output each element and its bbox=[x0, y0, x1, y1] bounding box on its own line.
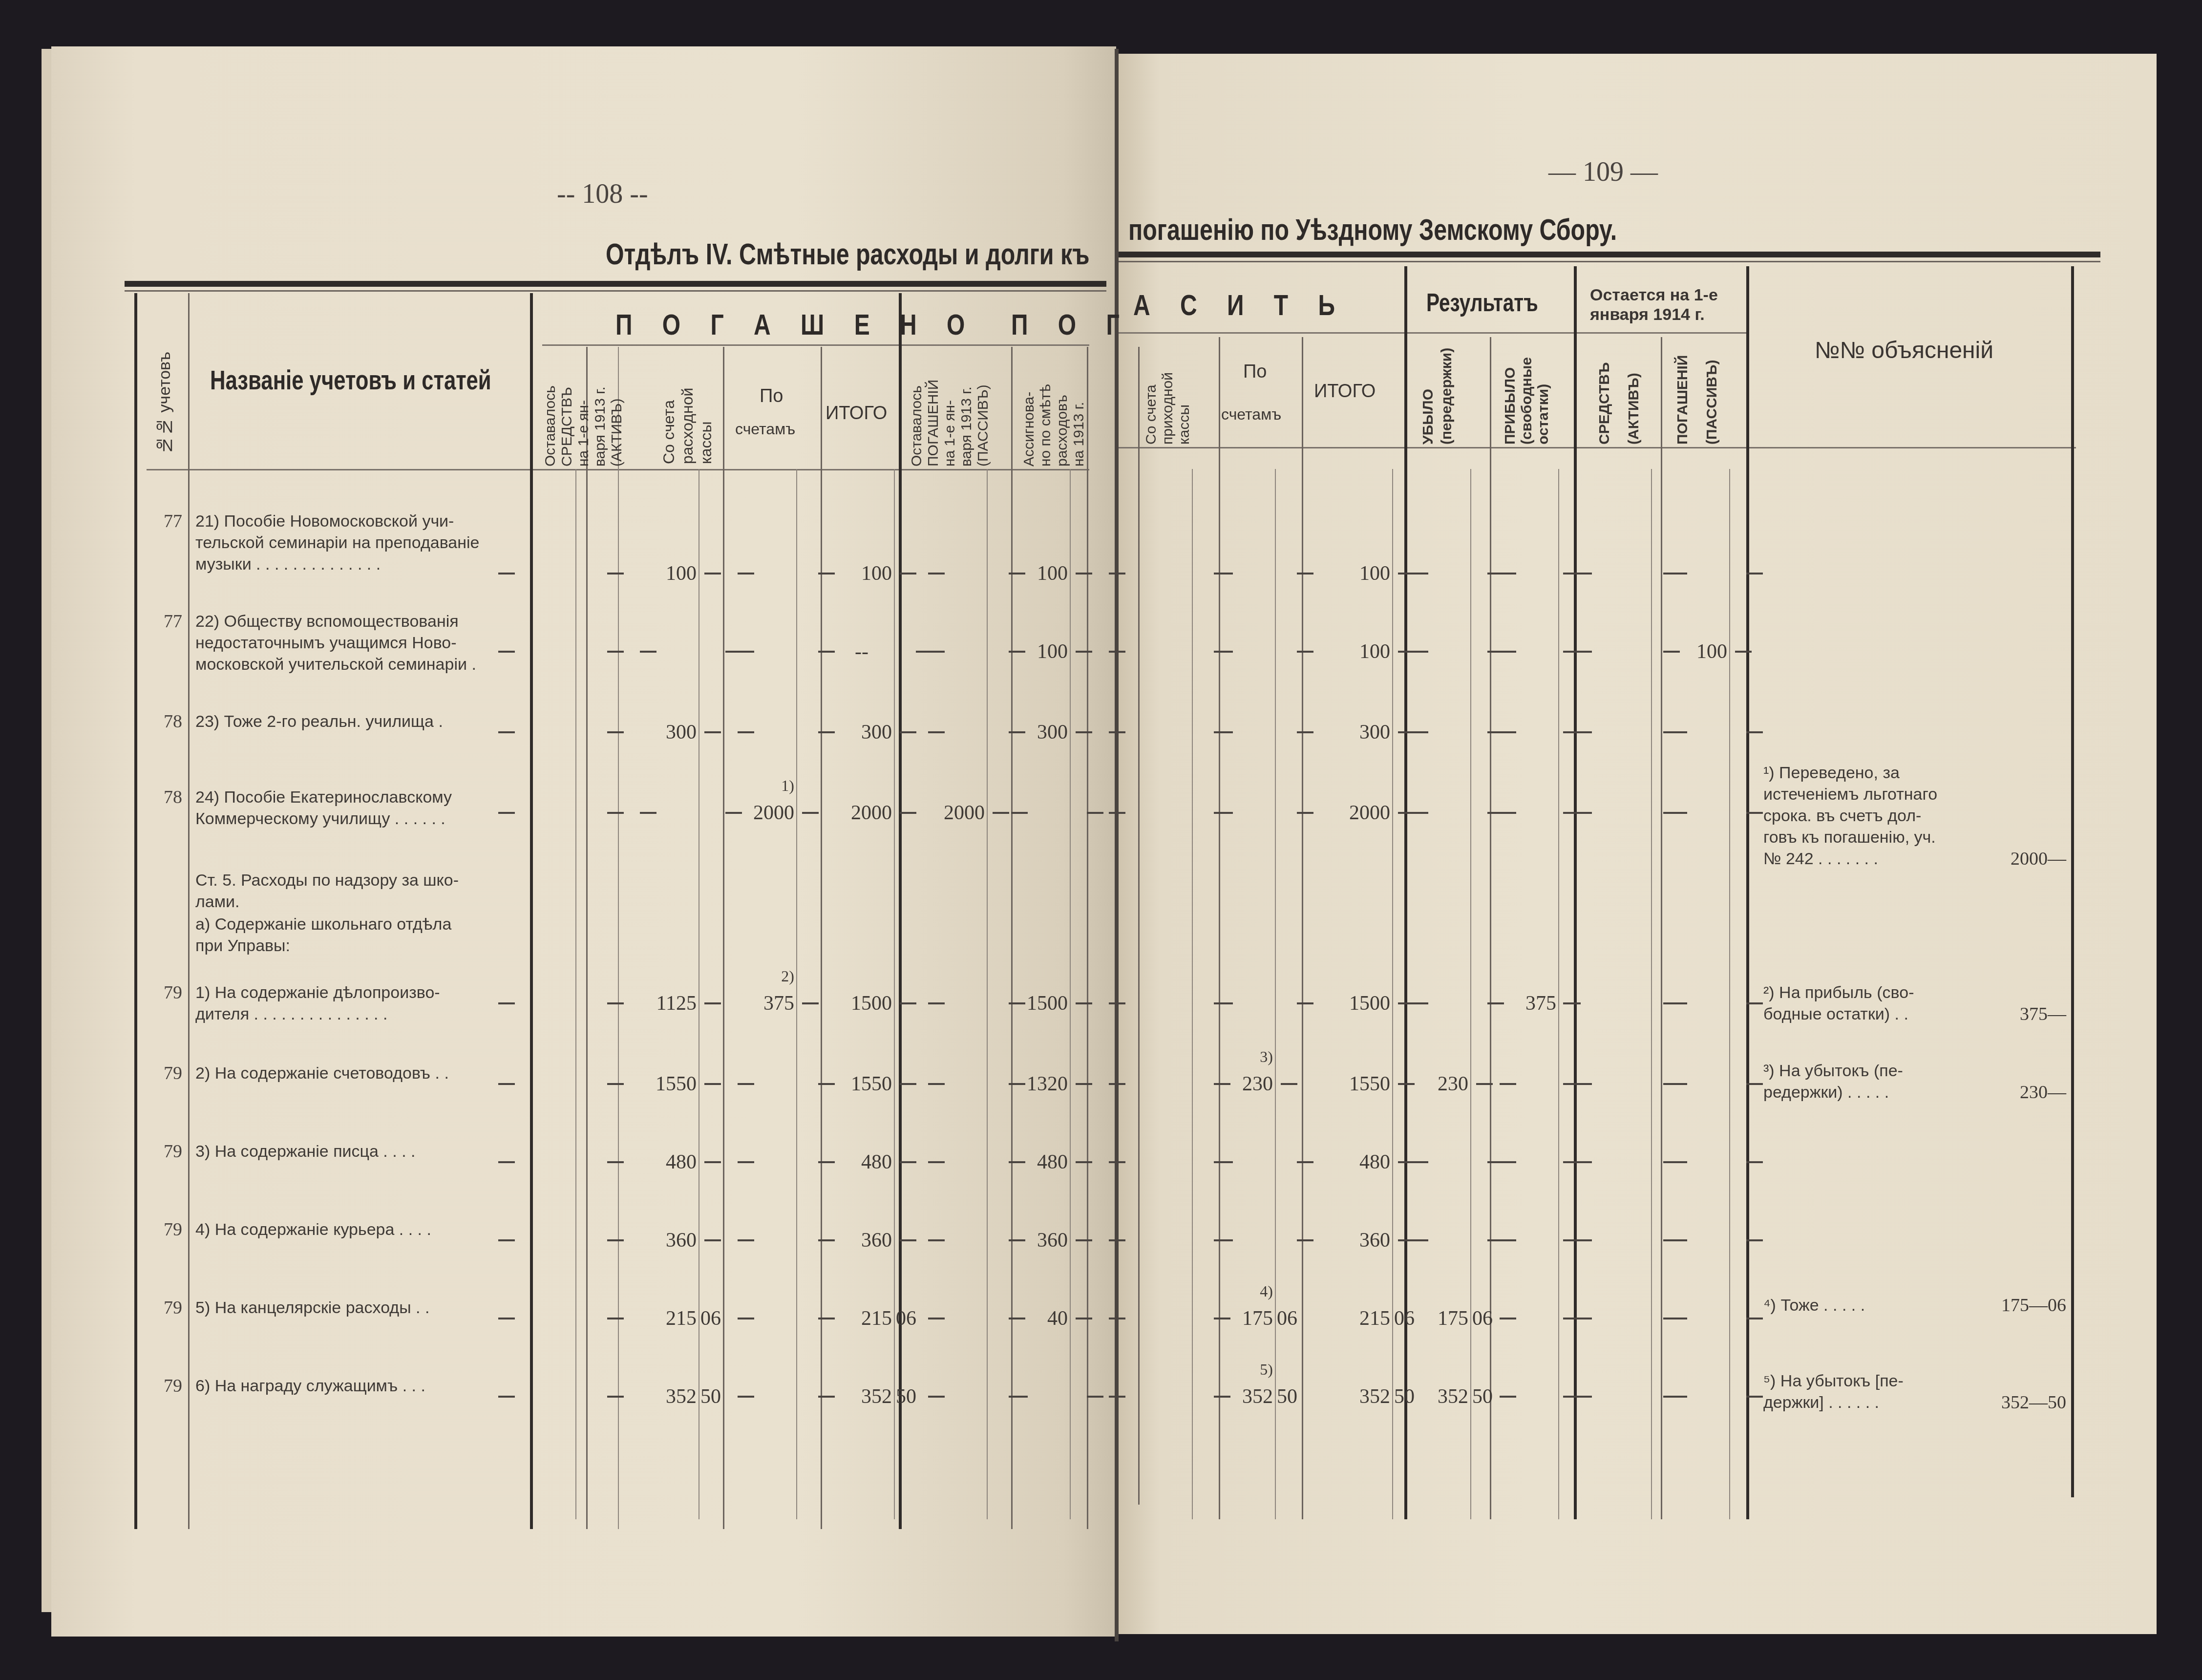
cell-value: 100 bbox=[666, 562, 697, 585]
explanation-text: ²) На прибыль (сво- бодные остатки) . . bbox=[1763, 982, 1914, 1025]
header-total: ИТОГО bbox=[826, 403, 887, 424]
dash-mark bbox=[1412, 1239, 1428, 1241]
dash-mark bbox=[1746, 812, 1763, 814]
cell-kopecks: 50 bbox=[1472, 1385, 1493, 1408]
dash-mark bbox=[1412, 1002, 1428, 1004]
dash-mark bbox=[928, 1161, 945, 1163]
dash-mark bbox=[818, 731, 835, 733]
cell-value: 352 bbox=[1242, 1385, 1273, 1408]
header-bottom-rule-right bbox=[1119, 447, 2076, 448]
cell-value: 1500 bbox=[1027, 992, 1068, 1015]
header-remaining-1914-line2: января 1914 г. bbox=[1590, 305, 1705, 324]
cell-value: 2000 bbox=[944, 801, 985, 825]
dash-mark bbox=[1500, 812, 1516, 814]
dash-mark bbox=[738, 1239, 754, 1241]
dash-mark bbox=[1216, 1002, 1233, 1004]
cell-value: 352 bbox=[861, 1385, 892, 1408]
explanation-amount: 375— bbox=[2020, 1003, 2066, 1025]
dash-mark bbox=[1216, 651, 1233, 653]
dash-mark bbox=[928, 1396, 945, 1398]
dash-mark bbox=[1009, 1083, 1025, 1085]
dash-mark bbox=[802, 812, 819, 814]
dash-mark bbox=[900, 1161, 916, 1163]
cell-kopecks: 50 bbox=[700, 1385, 721, 1408]
cell-value: 100 bbox=[1359, 640, 1390, 663]
dash-mark bbox=[704, 731, 721, 733]
vline bbox=[1070, 469, 1071, 1519]
row-name: 23) Тоже 2-го реальн. училища . bbox=[195, 711, 523, 732]
footnote-marker: 3) bbox=[1260, 1048, 1273, 1066]
dash-mark bbox=[818, 651, 835, 653]
vline bbox=[1651, 469, 1652, 1519]
cell-value: 300 bbox=[861, 721, 892, 744]
vline bbox=[1490, 337, 1491, 1519]
dash-mark bbox=[1398, 1083, 1415, 1085]
cell-value: 175 bbox=[1242, 1307, 1273, 1330]
dash-mark bbox=[1563, 1318, 1580, 1319]
header-decreased: УБЫЛО (передержки) bbox=[1419, 342, 1456, 445]
dash-mark bbox=[738, 573, 754, 574]
cell-value: 230 bbox=[1438, 1072, 1468, 1096]
dash-mark bbox=[818, 1239, 835, 1241]
dash-mark bbox=[928, 651, 945, 653]
header-group-to-pay-cont: А С И Т Ь bbox=[1133, 288, 1347, 322]
vline bbox=[1011, 347, 1013, 1529]
dash-mark bbox=[1671, 1318, 1687, 1319]
dash-mark bbox=[1412, 731, 1428, 733]
header-subrule-right bbox=[1119, 332, 1749, 334]
dash-mark bbox=[1746, 573, 1763, 574]
cell-kopecks: 06 bbox=[1472, 1307, 1493, 1330]
header-r-total: ИТОГО bbox=[1314, 381, 1376, 402]
row-name: 6) На награду служащимъ . . . bbox=[195, 1375, 523, 1397]
dash-mark bbox=[1671, 1239, 1687, 1241]
cell-value: 300 bbox=[666, 721, 697, 744]
dash-mark bbox=[1076, 1161, 1092, 1163]
dash-mark bbox=[607, 651, 624, 653]
dash-mark bbox=[725, 812, 742, 814]
dash-mark bbox=[1671, 1083, 1687, 1085]
header-group-result: Результатъ bbox=[1426, 288, 1538, 318]
dash-mark bbox=[928, 1239, 945, 1241]
dash-mark bbox=[1109, 731, 1125, 733]
dash-mark bbox=[1297, 731, 1313, 733]
cell-value: 215 bbox=[1359, 1307, 1390, 1330]
dash-mark bbox=[818, 1083, 835, 1085]
dash-mark bbox=[1746, 1002, 1763, 1004]
dash-mark bbox=[498, 812, 515, 814]
dash-mark bbox=[498, 731, 515, 733]
dash-mark bbox=[1214, 1083, 1230, 1085]
vline bbox=[1392, 469, 1393, 1519]
dash-mark bbox=[1009, 651, 1025, 653]
cell-value: 215 bbox=[666, 1307, 697, 1330]
header-income-cash: Со счета приходной кассы bbox=[1143, 352, 1193, 445]
dash-mark bbox=[818, 573, 835, 574]
dash-mark bbox=[607, 1396, 624, 1398]
dash-mark bbox=[1563, 651, 1580, 653]
cell-value: 2000 bbox=[851, 801, 892, 825]
dash-mark bbox=[1109, 1396, 1125, 1398]
dash-mark bbox=[640, 812, 656, 814]
dash-mark bbox=[928, 1002, 945, 1004]
vline bbox=[618, 347, 619, 1529]
vline bbox=[894, 469, 895, 1519]
vline bbox=[796, 469, 797, 1519]
dash-mark bbox=[738, 1083, 754, 1085]
dash-mark bbox=[1500, 1161, 1516, 1163]
account-number: 78 bbox=[164, 787, 182, 808]
dash-mark bbox=[1563, 1002, 1580, 1004]
dash-mark bbox=[818, 1318, 835, 1319]
vline bbox=[1661, 337, 1662, 1519]
vline bbox=[1558, 469, 1559, 1519]
cell-value: 360 bbox=[1037, 1229, 1068, 1252]
dash-mark bbox=[607, 1161, 624, 1163]
explanation-text: ⁵) На убытокъ [пе- держки] . . . . . . bbox=[1763, 1370, 1904, 1413]
row-name: 2) На содержаніе счетоводовъ . . bbox=[195, 1063, 523, 1084]
dash-mark bbox=[1087, 812, 1103, 814]
cell-value: 100 bbox=[1696, 640, 1727, 663]
dash-mark bbox=[1009, 1239, 1025, 1241]
dash-mark bbox=[1500, 1318, 1516, 1319]
footnote-marker: 2) bbox=[781, 967, 794, 985]
explanation-text: ³) На убытокъ (пе- редержки) . . . . . bbox=[1763, 1060, 1903, 1103]
right-page-title: погашенію по Уѣздному Земскому Сбору. bbox=[1128, 213, 1617, 247]
dash-mark bbox=[1500, 1396, 1516, 1398]
dash-mark bbox=[1109, 812, 1125, 814]
dash-mark bbox=[1297, 1002, 1313, 1004]
dash-mark bbox=[1109, 573, 1125, 574]
vline bbox=[1192, 469, 1193, 1519]
cell-value: 175 bbox=[1438, 1307, 1468, 1330]
dash-mark bbox=[1009, 731, 1025, 733]
cell-kopecks: 06 bbox=[700, 1307, 721, 1330]
cell-value: 2000 bbox=[753, 801, 794, 825]
cell-value: 300 bbox=[1359, 721, 1390, 744]
header-remaining-debts: Оставалось ПОГАШЕНІЙ на 1-е ян- варя 191… bbox=[909, 354, 992, 467]
vline bbox=[1746, 266, 1749, 1519]
cell-kopecks: 50 bbox=[896, 1385, 916, 1408]
dash-mark bbox=[1076, 1239, 1092, 1241]
dash-mark bbox=[1297, 1161, 1313, 1163]
dash-mark bbox=[928, 573, 945, 574]
cell-value: -- bbox=[855, 640, 868, 663]
dash-mark bbox=[1563, 1161, 1580, 1163]
dash-mark bbox=[1412, 651, 1428, 653]
account-number: 78 bbox=[164, 711, 182, 732]
dash-mark bbox=[738, 1318, 754, 1319]
cell-value: 1550 bbox=[1349, 1072, 1390, 1096]
header-explanations: №№ объясненій bbox=[1815, 337, 1993, 364]
dash-mark bbox=[607, 1002, 624, 1004]
vline bbox=[2071, 266, 2074, 1497]
header-by-accounts-top: По bbox=[760, 386, 783, 407]
explanation-amount: 230— bbox=[2020, 1082, 2066, 1103]
dash-mark bbox=[1671, 1396, 1687, 1398]
dash-mark bbox=[1216, 731, 1233, 733]
left-page-title: Отдѣлъ IV. Смѣтные расходы и долги къ bbox=[606, 237, 1089, 272]
dash-mark bbox=[1746, 1083, 1763, 1085]
account-number: 79 bbox=[164, 1297, 182, 1318]
dash-mark bbox=[1746, 1161, 1763, 1163]
account-number: 77 bbox=[164, 611, 182, 632]
header-group-to-pay: П О Г bbox=[1011, 308, 1131, 341]
dash-mark bbox=[1563, 1396, 1580, 1398]
dash-mark bbox=[900, 812, 916, 814]
vline bbox=[188, 293, 190, 1529]
header-liabilities-1914: ПОГАШЕНІЙ (ПАССИВЪ) bbox=[1668, 342, 1727, 445]
header-assigned: Ассигнова- но по смѣтѣ расходовъ на 1913… bbox=[1021, 354, 1087, 467]
dash-mark bbox=[1476, 1083, 1493, 1085]
vline bbox=[1404, 266, 1407, 1519]
row-name: 24) Пособіе Екатеринославскому Коммерчес… bbox=[195, 787, 523, 829]
right-page-number: — 109 — bbox=[1548, 156, 1658, 188]
dash-mark bbox=[498, 1002, 515, 1004]
dash-mark bbox=[900, 1083, 916, 1085]
footnote-marker: 4) bbox=[1260, 1282, 1273, 1300]
cell-value: 2000 bbox=[1349, 801, 1390, 825]
dash-mark bbox=[704, 1002, 721, 1004]
vline bbox=[1138, 347, 1140, 1505]
cell-value: 100 bbox=[1359, 562, 1390, 585]
dash-mark bbox=[818, 1396, 835, 1398]
header-remaining-assets: Оставалось СРЕДСТВЪ на 1-е ян- варя 1913… bbox=[542, 352, 625, 467]
vline bbox=[987, 469, 988, 1519]
dash-mark bbox=[1671, 731, 1687, 733]
dash-mark bbox=[1671, 812, 1687, 814]
dash-mark bbox=[498, 1318, 515, 1319]
header-r-by-accounts-top: По bbox=[1243, 362, 1267, 383]
explanation-amount: 2000— bbox=[2011, 848, 2066, 870]
dash-mark bbox=[1500, 731, 1516, 733]
cell-value: 360 bbox=[1359, 1229, 1390, 1252]
cell-kopecks: 06 bbox=[1394, 1307, 1415, 1330]
header-remaining-1914-line1: Остается на 1-е bbox=[1590, 286, 1718, 305]
dash-mark bbox=[1076, 1083, 1092, 1085]
dash-mark bbox=[1009, 1002, 1025, 1004]
vline bbox=[699, 469, 699, 1519]
cell-value: 1550 bbox=[851, 1072, 892, 1096]
cell-value: 1320 bbox=[1027, 1072, 1068, 1096]
cell-value: 480 bbox=[666, 1150, 697, 1174]
table-top-rule-left-thin bbox=[125, 290, 1106, 292]
dash-mark bbox=[1216, 1161, 1233, 1163]
account-number: 79 bbox=[164, 1375, 182, 1397]
dash-mark bbox=[704, 573, 721, 574]
book-spine bbox=[1115, 49, 1119, 1641]
explanation-amount: 175—06 bbox=[2001, 1295, 2066, 1316]
dash-mark bbox=[1214, 1396, 1230, 1398]
vline bbox=[586, 347, 588, 1529]
dash-mark bbox=[1563, 1083, 1580, 1085]
dash-mark bbox=[1109, 1318, 1125, 1319]
dash-mark bbox=[1009, 1161, 1025, 1163]
vline bbox=[723, 347, 724, 1529]
dash-mark bbox=[1663, 651, 1680, 653]
account-number: 79 bbox=[164, 1141, 182, 1162]
header-group-paid: П О Г А Ш Е Н О bbox=[615, 308, 976, 341]
dash-mark bbox=[928, 1318, 945, 1319]
dash-mark bbox=[1109, 1239, 1125, 1241]
dash-mark bbox=[738, 1396, 754, 1398]
vline bbox=[530, 293, 533, 1529]
dash-mark bbox=[928, 731, 945, 733]
dash-mark bbox=[1671, 573, 1687, 574]
dash-mark bbox=[607, 731, 624, 733]
cell-value: 100 bbox=[1037, 562, 1068, 585]
dash-mark bbox=[1109, 1002, 1125, 1004]
dash-mark bbox=[498, 1239, 515, 1241]
left-page-number: -- 108 -- bbox=[557, 178, 648, 210]
dash-mark bbox=[1487, 1002, 1504, 1004]
dash-mark bbox=[1563, 731, 1580, 733]
header-assets-1914: СРЕДСТВЪ (АКТИВЪ) bbox=[1590, 342, 1649, 445]
table-top-rule-right-thin bbox=[1119, 261, 2100, 262]
vline bbox=[1574, 266, 1577, 1519]
dash-mark bbox=[1009, 573, 1025, 574]
dash-mark bbox=[1076, 573, 1092, 574]
dash-mark bbox=[1087, 1396, 1103, 1398]
dash-mark bbox=[1109, 1161, 1125, 1163]
cell-value: 480 bbox=[861, 1150, 892, 1174]
dash-mark bbox=[498, 651, 515, 653]
dash-mark bbox=[1297, 1239, 1313, 1241]
dash-mark bbox=[1076, 651, 1092, 653]
dash-mark bbox=[607, 1083, 624, 1085]
dash-mark bbox=[1011, 1396, 1028, 1398]
dash-mark bbox=[1746, 1239, 1763, 1241]
account-number: 79 bbox=[164, 982, 182, 1003]
dash-mark bbox=[1076, 1318, 1092, 1319]
dash-mark bbox=[1746, 1318, 1763, 1319]
dash-mark bbox=[498, 1396, 515, 1398]
vline bbox=[821, 347, 822, 1529]
row-name: 3) На содержаніе писца . . . . bbox=[195, 1141, 523, 1162]
cell-value: 360 bbox=[666, 1229, 697, 1252]
cell-value: 100 bbox=[1037, 640, 1068, 663]
section-heading: Ст. 5. Расходы по надзору за шко- лами. bbox=[195, 870, 523, 913]
row-name: 5) На канцелярскіе расходы . . bbox=[195, 1297, 523, 1318]
header-increased: ПРИБЫЛО (свободные остатки) bbox=[1502, 342, 1552, 445]
cell-value: 352 bbox=[666, 1385, 697, 1408]
dash-mark bbox=[704, 1083, 721, 1085]
dash-mark bbox=[1412, 573, 1428, 574]
footnote-marker: 1) bbox=[781, 777, 794, 795]
header-account-no: №№ учетовъ bbox=[155, 342, 174, 454]
account-number: 79 bbox=[164, 1219, 182, 1240]
cell-value: 1125 bbox=[656, 992, 697, 1015]
dash-mark bbox=[993, 812, 1009, 814]
dash-mark bbox=[704, 1161, 721, 1163]
dash-mark bbox=[802, 1002, 819, 1004]
cell-value: 480 bbox=[1037, 1150, 1068, 1174]
dash-mark bbox=[1671, 1002, 1687, 1004]
dash-mark bbox=[607, 573, 624, 574]
dash-mark bbox=[738, 1161, 754, 1163]
dash-mark bbox=[1563, 573, 1580, 574]
dash-mark bbox=[818, 1161, 835, 1163]
dash-mark bbox=[498, 1083, 515, 1085]
account-number: 79 bbox=[164, 1063, 182, 1084]
dash-mark bbox=[900, 1002, 916, 1004]
dash-mark bbox=[1076, 1002, 1092, 1004]
dash-mark bbox=[1500, 1239, 1516, 1241]
dash-mark bbox=[738, 731, 754, 733]
dash-mark bbox=[1076, 731, 1092, 733]
vline bbox=[1219, 337, 1220, 1519]
dash-mark bbox=[704, 1239, 721, 1241]
dash-mark bbox=[1412, 812, 1428, 814]
row-name: 1) На содержаніе дѣлопроизво- дителя . .… bbox=[195, 982, 523, 1025]
cell-value: 40 bbox=[1047, 1307, 1068, 1330]
cell-value: 375 bbox=[1525, 992, 1556, 1015]
cell-kopecks: 06 bbox=[896, 1307, 916, 1330]
dash-mark bbox=[1500, 573, 1516, 574]
dash-mark bbox=[1746, 1396, 1763, 1398]
dash-mark bbox=[1563, 1239, 1580, 1241]
row-name: 21) Пособіе Новомосковской учи- тельской… bbox=[195, 510, 523, 575]
dash-mark bbox=[640, 651, 656, 653]
cell-value: 215 bbox=[861, 1307, 892, 1330]
cell-value: 360 bbox=[861, 1229, 892, 1252]
header-by-accounts-bottom: счетамъ bbox=[735, 420, 795, 438]
explanation-text: ¹) Переведено, за истеченіемъ льготнаго … bbox=[1763, 762, 1937, 870]
vline bbox=[1087, 347, 1088, 1529]
vline bbox=[1470, 469, 1471, 1519]
dash-mark bbox=[1109, 1083, 1125, 1085]
cell-value: 230 bbox=[1242, 1072, 1273, 1096]
dash-mark bbox=[1214, 1318, 1230, 1319]
vline bbox=[1275, 469, 1276, 1519]
cell-value: 1550 bbox=[656, 1072, 697, 1096]
dash-mark bbox=[1216, 1239, 1233, 1241]
section-heading: а) Содержаніе школьнаго отдѣла при Управ… bbox=[195, 914, 523, 957]
vline bbox=[899, 293, 902, 1529]
cell-value: 300 bbox=[1037, 721, 1068, 744]
dash-mark bbox=[1216, 573, 1233, 574]
dash-mark bbox=[607, 1239, 624, 1241]
account-number: 77 bbox=[164, 510, 182, 532]
vline bbox=[575, 469, 576, 1519]
dash-mark bbox=[1009, 1318, 1025, 1319]
dash-mark bbox=[1671, 1161, 1687, 1163]
dash-mark bbox=[1297, 573, 1313, 574]
cell-kopecks: 50 bbox=[1394, 1385, 1415, 1408]
cell-value: 352 bbox=[1438, 1385, 1468, 1408]
dash-mark bbox=[738, 651, 754, 653]
dash-mark bbox=[1500, 1083, 1516, 1085]
dash-mark bbox=[928, 1083, 945, 1085]
dash-mark bbox=[900, 1239, 916, 1241]
vline bbox=[1302, 337, 1303, 1519]
cell-value: 1500 bbox=[851, 992, 892, 1015]
cell-value: 352 bbox=[1359, 1385, 1390, 1408]
header-subrule-left bbox=[542, 344, 1089, 346]
header-r-by-accounts-bottom: счетамъ bbox=[1221, 405, 1281, 424]
dash-mark bbox=[498, 1161, 515, 1163]
cell-value: 1500 bbox=[1349, 992, 1390, 1015]
cell-kopecks: 50 bbox=[1277, 1385, 1297, 1408]
table-top-rule-left bbox=[125, 281, 1106, 287]
dash-mark bbox=[1735, 651, 1752, 653]
header-expense-cash: Со счета расходной кассы bbox=[659, 352, 715, 464]
dash-mark bbox=[1297, 812, 1313, 814]
dash-mark bbox=[1109, 651, 1125, 653]
cell-kopecks: 06 bbox=[1277, 1307, 1297, 1330]
dash-mark bbox=[1563, 812, 1580, 814]
vline bbox=[1729, 469, 1730, 1519]
